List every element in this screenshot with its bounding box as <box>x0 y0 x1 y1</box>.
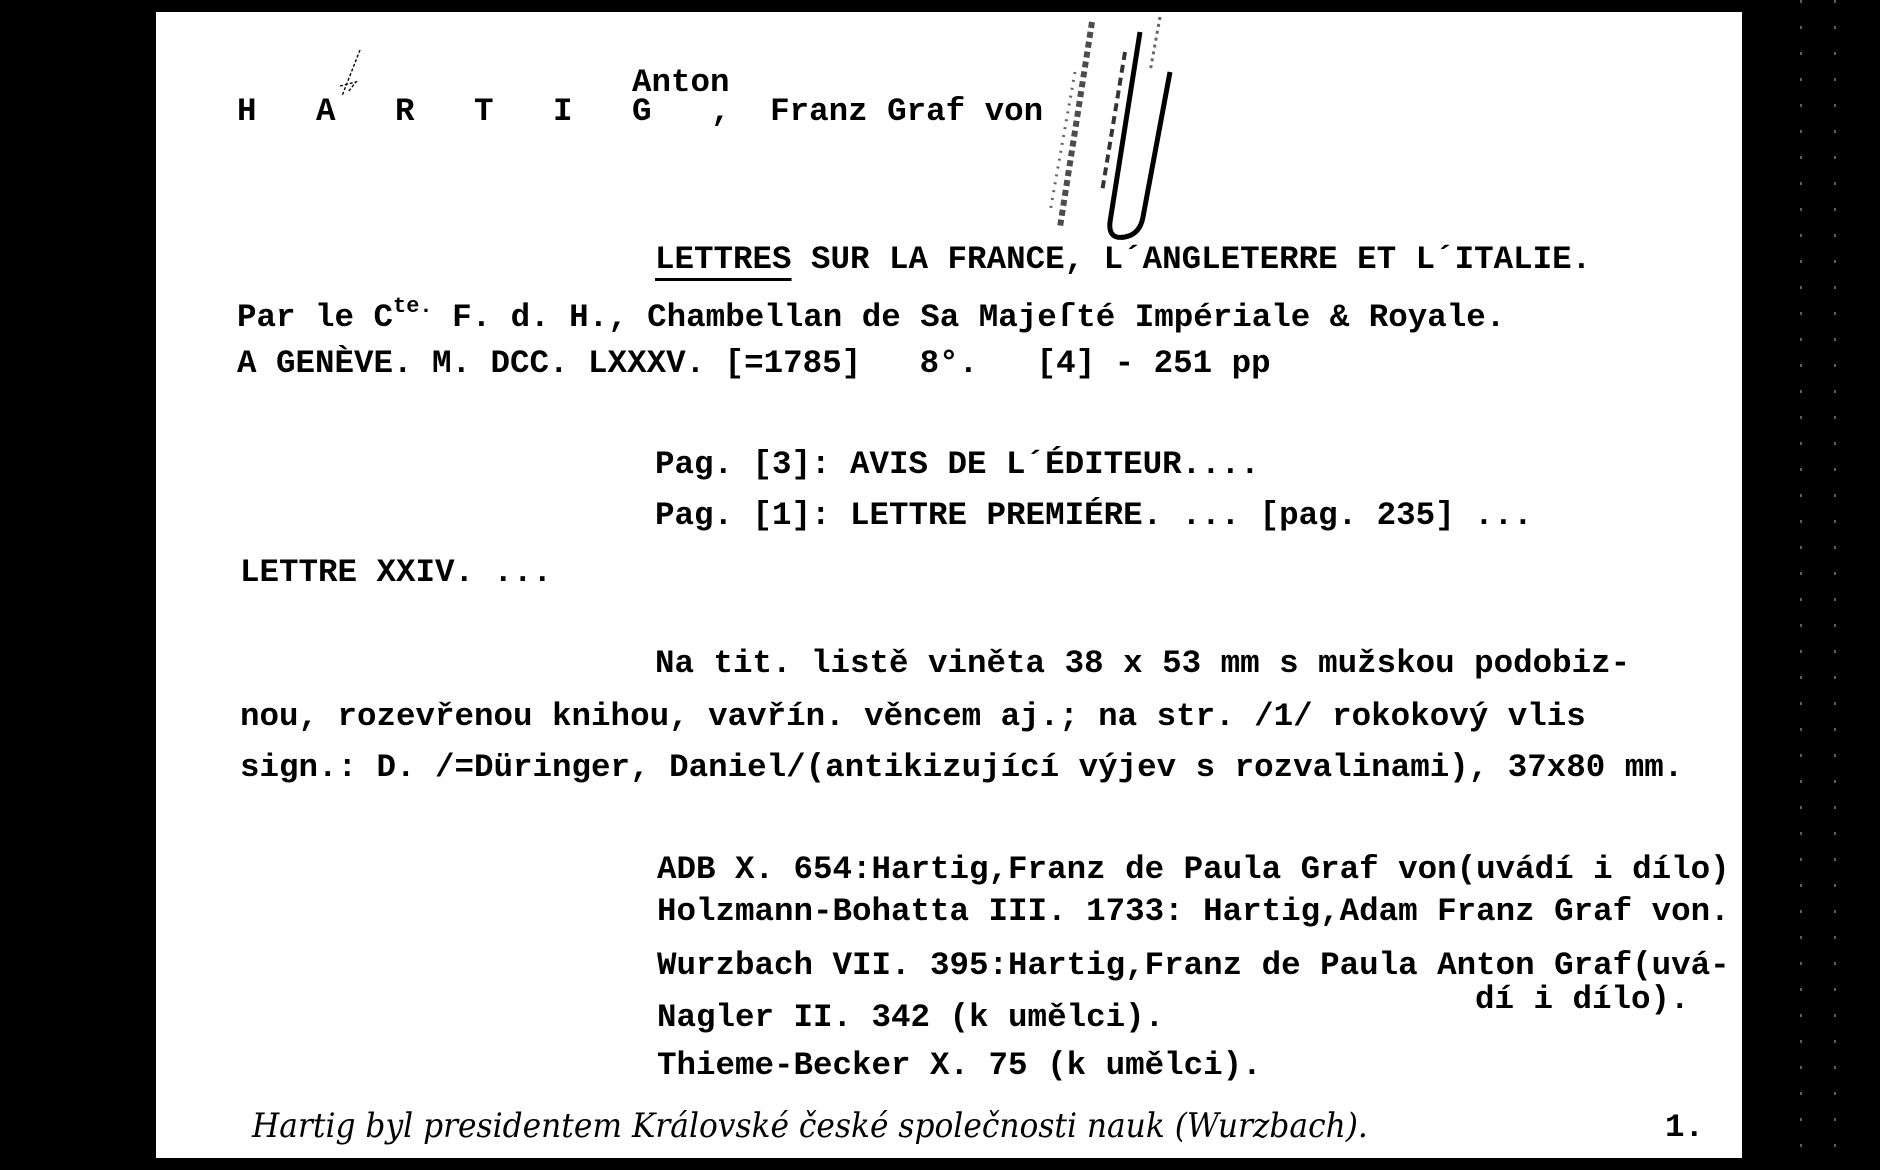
title-rest: SUR LA FRANCE, L´ANGLETERRE ET L´ITALIE. <box>792 241 1592 278</box>
imprint-line: A GENÈVE. M. DCC. LXXXV. [=1785] 8°. [4]… <box>237 348 1271 381</box>
reference-line: dí i dílo). <box>1475 984 1690 1017</box>
heading-suffix: von <box>985 93 1044 130</box>
handwritten-note: Hartig byl presidentem Královské české s… <box>252 1106 1368 1146</box>
contents-line: LETTRE XXIV. ... <box>240 557 552 590</box>
note-line: Na tit. listě viněta 38 x 53 mm s mužsko… <box>655 648 1630 681</box>
heading-insertion: Anton <box>632 67 730 100</box>
reference-line: Wurzbach VII. 395:Hartig,Franz de Paula … <box>657 950 1730 983</box>
note-line: nou, rozevřenou knihou, vavřín. věncem a… <box>240 701 1586 734</box>
author-statement: Par le Cte. F. d. H., Chambellan de Sa M… <box>237 302 1505 335</box>
contents-line: Pag. [3]: AVIS DE L´ÉDITEUR.... <box>655 449 1260 482</box>
heading-struck-word: Graf <box>887 93 965 130</box>
author-rest: F. d. H., Chambellan de Sa Majeſté Impér… <box>433 299 1506 336</box>
scan-edge-marks <box>1800 0 1802 1170</box>
card-number: 1. <box>1665 1112 1704 1145</box>
paperclip-shadow-icon <box>1030 12 1220 242</box>
reference-line: Holzmann-Bohatta III. 1733: Hartig,Adam … <box>657 896 1730 929</box>
reference-line: Thieme-Becker X. 75 (k umělci). <box>657 1050 1262 1083</box>
author-prefix: Par le C <box>237 299 393 336</box>
note-line: sign.: D. /=Düringer, Daniel/(antikizují… <box>240 752 1683 785</box>
title-first-word: LETTRES <box>655 241 792 278</box>
reference-line: Nagler II. 342 (k umělci). <box>657 1002 1164 1035</box>
contents-line: Pag. [1]: LETTRE PREMIÉRE. ... [pag. 235… <box>655 500 1533 533</box>
heading-given-name: Franz <box>770 93 868 130</box>
author-superscript: te. <box>393 294 433 319</box>
title-line: LETTRES SUR LA FRANCE, L´ANGLETERRE ET L… <box>655 244 1591 277</box>
reference-line: ADB X. 654:Hartig,Franz de Paula Graf vo… <box>657 854 1730 887</box>
scan-edge-marks <box>1834 0 1836 1170</box>
